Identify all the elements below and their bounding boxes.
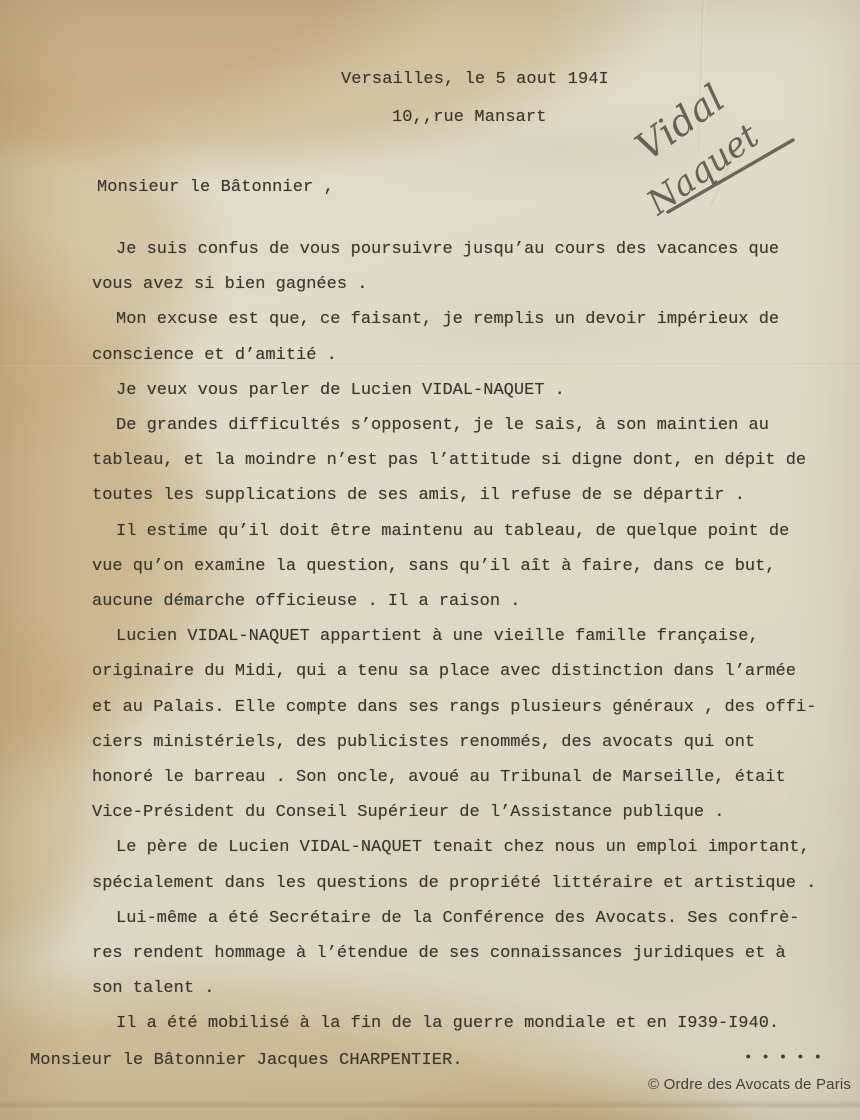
letter-line: conscience et d’amitié . [92, 338, 837, 373]
date-line: Versailles, le 5 aout 194I [341, 70, 609, 89]
paragraph: Je suis confus de vous poursuivre jusqu’… [92, 232, 837, 302]
archive-credit: © Ordre des Avocats de Paris [648, 1076, 848, 1093]
letter-line: honoré le barreau . Son oncle, avoué au … [92, 760, 837, 795]
letter-line: Je veux vous parler de Lucien VIDAL-NAQU… [92, 373, 837, 408]
letter-line: toutes les supplications de ses amis, il… [92, 478, 837, 513]
letter-line: Lucien VIDAL-NAQUET appartient à une vie… [92, 619, 837, 654]
salutation: Monsieur le Bâtonnier , [97, 178, 334, 197]
paragraph: Lucien VIDAL-NAQUET appartient à une vie… [92, 619, 837, 830]
letter-line: vue qu’on examine la question, sans qu’i… [92, 549, 837, 584]
letter-line: Vice-Président du Conseil Supérieur de l… [92, 795, 837, 830]
paragraph: Il a été mobilisé à la fin de la guerre … [92, 1006, 837, 1041]
paragraph: De grandes difficultés s’opposent, je le… [92, 408, 837, 514]
letter-line: Il estime qu’il doit être maintenu au ta… [92, 514, 837, 549]
fold-crease-bottom [0, 1100, 860, 1110]
letter-line: vous avez si bien gagnées . [92, 267, 837, 302]
letter-line: Mon excuse est que, ce faisant, je rempl… [92, 302, 837, 337]
paragraph: Il estime qu’il doit être maintenu au ta… [92, 514, 837, 620]
letter-line: Je suis confus de vous poursuivre jusqu’… [92, 232, 837, 267]
letter-line: Il a été mobilisé à la fin de la guerre … [92, 1006, 837, 1041]
letter-line: et au Palais. Elle compte dans ses rangs… [92, 690, 837, 725]
paragraph: Je veux vous parler de Lucien VIDAL-NAQU… [92, 373, 837, 408]
address-line: 10,,rue Mansart [392, 108, 547, 127]
letter-line: De grandes difficultés s’opposent, je le… [92, 408, 837, 443]
typed-dots: ••••• [744, 1050, 831, 1066]
paragraph: Le père de Lucien VIDAL-NAQUET tenait ch… [92, 830, 837, 900]
letter-body: Je suis confus de vous poursuivre jusqu’… [92, 232, 837, 1042]
letter-line: ciers ministériels, des publicistes reno… [92, 725, 837, 760]
letter-line: aucune démarche officieuse . Il a raison… [92, 584, 837, 619]
letter-page: Versailles, le 5 aout 194I 10,,rue Mansa… [0, 0, 860, 1120]
letter-line: Lui-même a été Secrétaire de la Conféren… [92, 901, 837, 936]
letter-line: Le père de Lucien VIDAL-NAQUET tenait ch… [92, 830, 837, 865]
letter-line: son talent . [92, 971, 837, 1006]
letter-line: spécialement dans les questions de propr… [92, 866, 837, 901]
handwritten-annotation: Vidal Naquet [600, 44, 850, 244]
letter-line: tableau, et la moindre n’est pas l’attit… [92, 443, 837, 478]
letter-line: res rendent hommage à l’étendue de ses c… [92, 936, 837, 971]
paragraph: Mon excuse est que, ce faisant, je rempl… [92, 302, 837, 372]
letter-line: originaire du Midi, qui a tenu sa place … [92, 654, 837, 689]
addressee-line: Monsieur le Bâtonnier Jacques CHARPENTIE… [30, 1051, 463, 1070]
paragraph: Lui-même a été Secrétaire de la Conféren… [92, 901, 837, 1007]
